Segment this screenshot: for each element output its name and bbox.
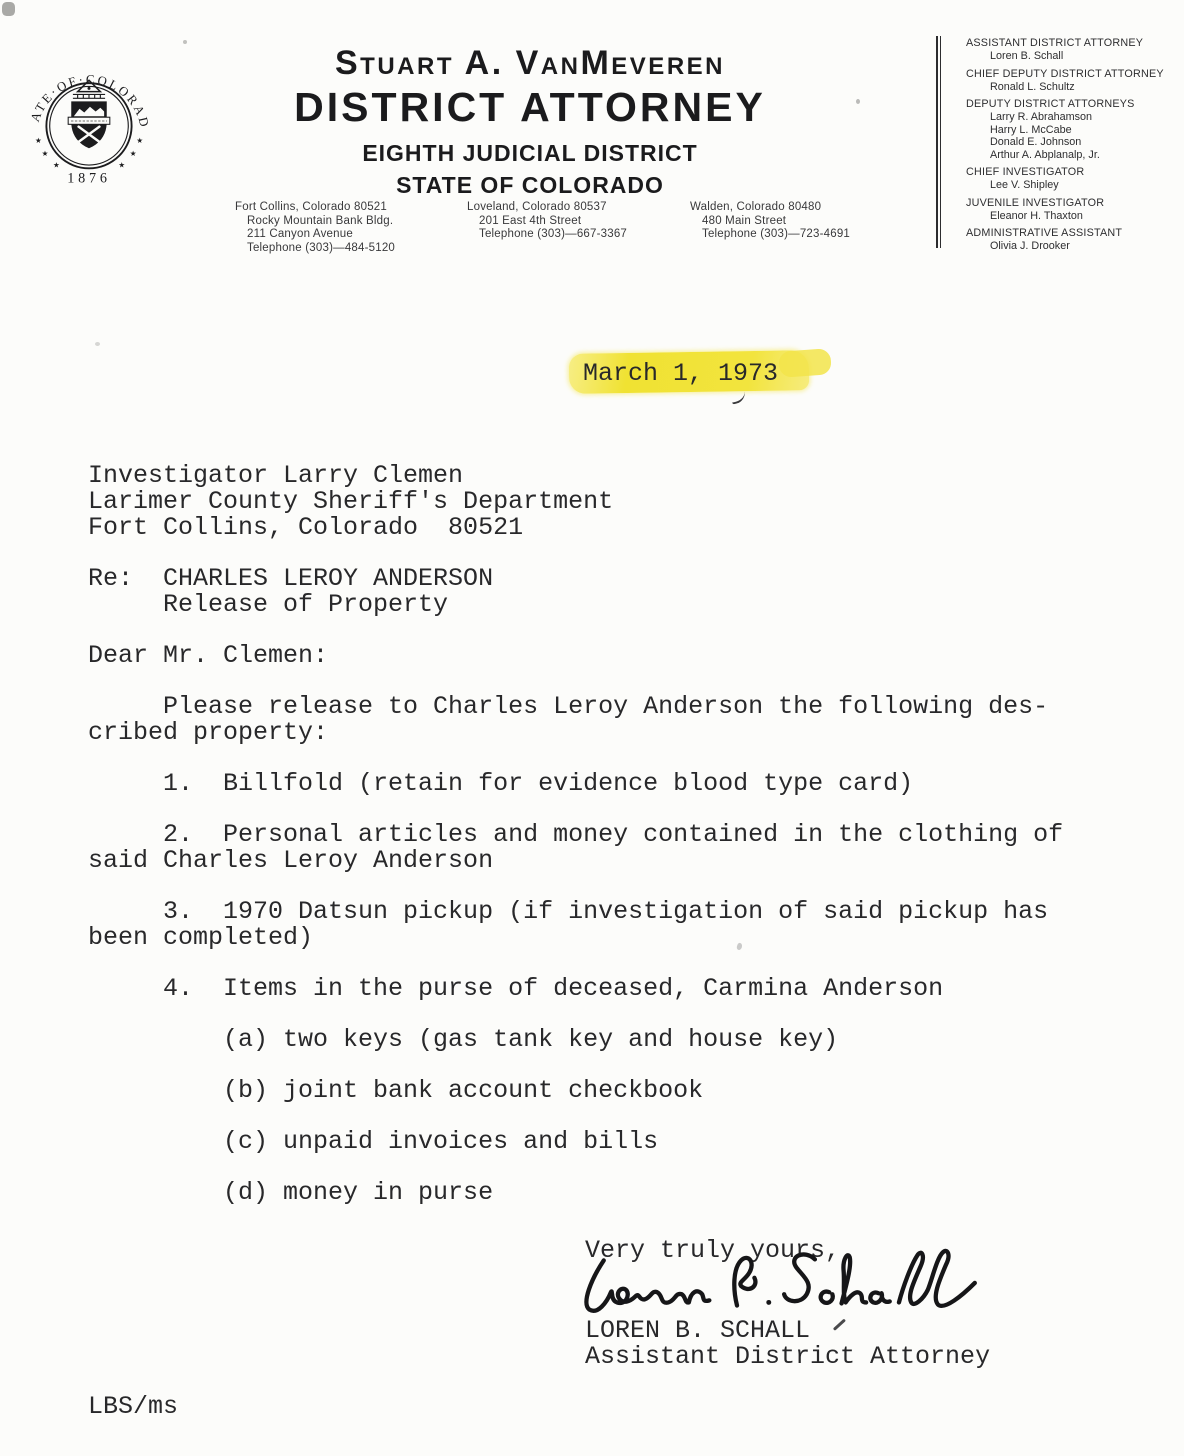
paragraph-line: 2. Personal articles and money contained…	[88, 822, 1063, 848]
scan-speck	[183, 40, 187, 44]
staff-name: Ronald L. Schultz	[966, 81, 1176, 94]
judicial-district: EIGHTH JUDICIAL DISTRICT	[250, 140, 810, 167]
re-line: Re: CHARLES LEROY ANDERSON	[88, 566, 1063, 592]
office-line: 211 Canyon Avenue	[235, 228, 395, 242]
scan-speck	[856, 99, 860, 104]
svg-text:★: ★	[130, 149, 137, 158]
office-fort-collins: Fort Collins, Colorado 80521 Rocky Mount…	[235, 201, 395, 255]
paragraph-line: been completed)	[88, 925, 1063, 951]
re-line: Release of Property	[88, 592, 1063, 618]
letter-body: Investigator Larry Clemen Larimer County…	[88, 463, 1063, 1231]
svg-text:★: ★	[118, 160, 125, 169]
staff-role: ASSISTANT DISTRICT ATTORNEY	[966, 37, 1176, 50]
staff-group: ADMINISTRATIVE ASSISTANT Olivia J. Drook…	[966, 227, 1176, 253]
svg-text:★: ★	[35, 136, 42, 145]
paragraph-line: 3. 1970 Datsun pickup (if investigation …	[88, 899, 1063, 925]
staff-role: CHIEF DEPUTY DISTRICT ATTORNEY	[966, 68, 1176, 81]
typed-title: Assistant District Attorney	[585, 1344, 990, 1370]
handwritten-signature	[572, 1244, 984, 1326]
staff-name: Olivia J. Drooker	[966, 240, 1176, 253]
office-line: Walden, Colorado 80480	[690, 201, 850, 215]
recipient-address: Investigator Larry Clemen Larimer County…	[88, 463, 1063, 541]
staff-name: Donald E. Johnson	[966, 136, 1176, 149]
paragraph-line: said Charles Leroy Anderson	[88, 848, 1063, 874]
scan-smudge	[2, 2, 15, 16]
list-item: 1. Billfold (retain for evidence blood t…	[88, 771, 1063, 797]
sub-list-item: (c) unpaid invoices and bills	[88, 1129, 1063, 1155]
staff-group: ASSISTANT DISTRICT ATTORNEY Loren B. Sch…	[966, 37, 1176, 63]
recipient-line: Larimer County Sheriff's Department	[88, 489, 1063, 515]
paragraph-line: (d) money in purse	[88, 1180, 1063, 1206]
recipient-line: Fort Collins, Colorado 80521	[88, 515, 1063, 541]
seal-year: 1876	[67, 171, 111, 187]
paragraph-line: (a) two keys (gas tank key and house key…	[88, 1027, 1063, 1053]
recipient-line: Investigator Larry Clemen	[88, 463, 1063, 489]
staff-name: Lee V. Shipley	[966, 179, 1176, 192]
svg-text:★: ★	[53, 160, 60, 169]
paragraph-line: (c) unpaid invoices and bills	[88, 1129, 1063, 1155]
svg-text:★: ★	[136, 136, 143, 145]
office-line: 201 East 4th Street	[467, 215, 627, 229]
paragraph-line: cribed property:	[88, 720, 1063, 746]
sub-list-item: (a) two keys (gas tank key and house key…	[88, 1027, 1063, 1053]
paragraph-line: (b) joint bank account checkbook	[88, 1078, 1063, 1104]
state-of-colorado-seal-icon: STATE·OF·COLORADO ★ ★ ★ ★ ★ ★ 1876	[18, 48, 160, 194]
office-line: Loveland, Colorado 80537	[467, 201, 627, 215]
staff-group: CHIEF INVESTIGATOR Lee V. Shipley	[966, 166, 1176, 192]
staff-role: DEPUTY DISTRICT ATTORNEYS	[966, 98, 1176, 111]
paragraph-line: Please release to Charles Leroy Anderson…	[88, 694, 1063, 720]
office-line: Fort Collins, Colorado 80521	[235, 201, 395, 215]
staff-name: Arthur A. Abplanalp, Jr.	[966, 149, 1176, 162]
salutation: Dear Mr. Clemen:	[88, 643, 1063, 669]
office-line: Rocky Mountain Bank Bldg.	[235, 215, 395, 229]
sub-list-item: (b) joint bank account checkbook	[88, 1078, 1063, 1104]
office-line: Telephone (303)—667-3367	[467, 228, 627, 242]
staff-group: DEPUTY DISTRICT ATTORNEYS Larry R. Abrah…	[966, 98, 1176, 161]
re-block: Re: CHARLES LEROY ANDERSON Release of Pr…	[88, 566, 1063, 618]
sub-list-item: (d) money in purse	[88, 1180, 1063, 1206]
staff-role: JUVENILE INVESTIGATOR	[966, 197, 1176, 210]
staff-directory: ASSISTANT DISTRICT ATTORNEY Loren B. Sch…	[966, 37, 1176, 258]
paragraph-line: 1. Billfold (retain for evidence blood t…	[88, 771, 1063, 797]
highlighter-stroke	[778, 348, 832, 378]
reference-initials: LBS/ms	[88, 1394, 178, 1420]
date-block: March 1, 1973	[583, 361, 778, 387]
office-line: Telephone (303)—723-4691	[690, 228, 850, 242]
pen-mark	[730, 390, 747, 404]
attorney-name: Stuart A. VanMeveren	[250, 44, 810, 83]
salutation-line: Dear Mr. Clemen:	[88, 643, 1063, 669]
letterhead: Stuart A. VanMeveren DISTRICT ATTORNEY E…	[250, 44, 810, 199]
staff-divider-rule	[936, 36, 941, 248]
staff-name: Eleanor H. Thaxton	[966, 210, 1176, 223]
state-line: STATE OF COLORADO	[250, 172, 810, 199]
paragraph-line: 4. Items in the purse of deceased, Carmi…	[88, 976, 1063, 1002]
letter-date: March 1, 1973	[583, 361, 778, 387]
staff-group: JUVENILE INVESTIGATOR Eleanor H. Thaxton	[966, 197, 1176, 223]
staff-name: Larry R. Abrahamson	[966, 111, 1176, 124]
staff-role: ADMINISTRATIVE ASSISTANT	[966, 227, 1176, 240]
svg-text:★: ★	[42, 149, 49, 158]
reference-line: LBS/ms	[88, 1394, 178, 1420]
scan-speck	[95, 342, 100, 346]
scanned-letter-page: STATE·OF·COLORADO ★ ★ ★ ★ ★ ★ 1876 Stuar…	[0, 0, 1184, 1456]
office-loveland: Loveland, Colorado 80537 201 East 4th St…	[467, 201, 627, 242]
staff-group: CHIEF DEPUTY DISTRICT ATTORNEY Ronald L.…	[966, 68, 1176, 94]
staff-role: CHIEF INVESTIGATOR	[966, 166, 1176, 179]
list-item: 2. Personal articles and money contained…	[88, 822, 1063, 874]
attorney-title: DISTRICT ATTORNEY	[250, 84, 810, 131]
office-walden: Walden, Colorado 80480 480 Main Street T…	[690, 201, 850, 242]
staff-name: Loren B. Schall	[966, 50, 1176, 63]
staff-name: Harry L. McCabe	[966, 124, 1176, 137]
office-line: 480 Main Street	[690, 215, 850, 229]
list-item: 4. Items in the purse of deceased, Carmi…	[88, 976, 1063, 1002]
office-line: Telephone (303)—484-5120	[235, 242, 395, 256]
paragraph: Please release to Charles Leroy Anderson…	[88, 694, 1063, 746]
list-item: 3. 1970 Datsun pickup (if investigation …	[88, 899, 1063, 951]
